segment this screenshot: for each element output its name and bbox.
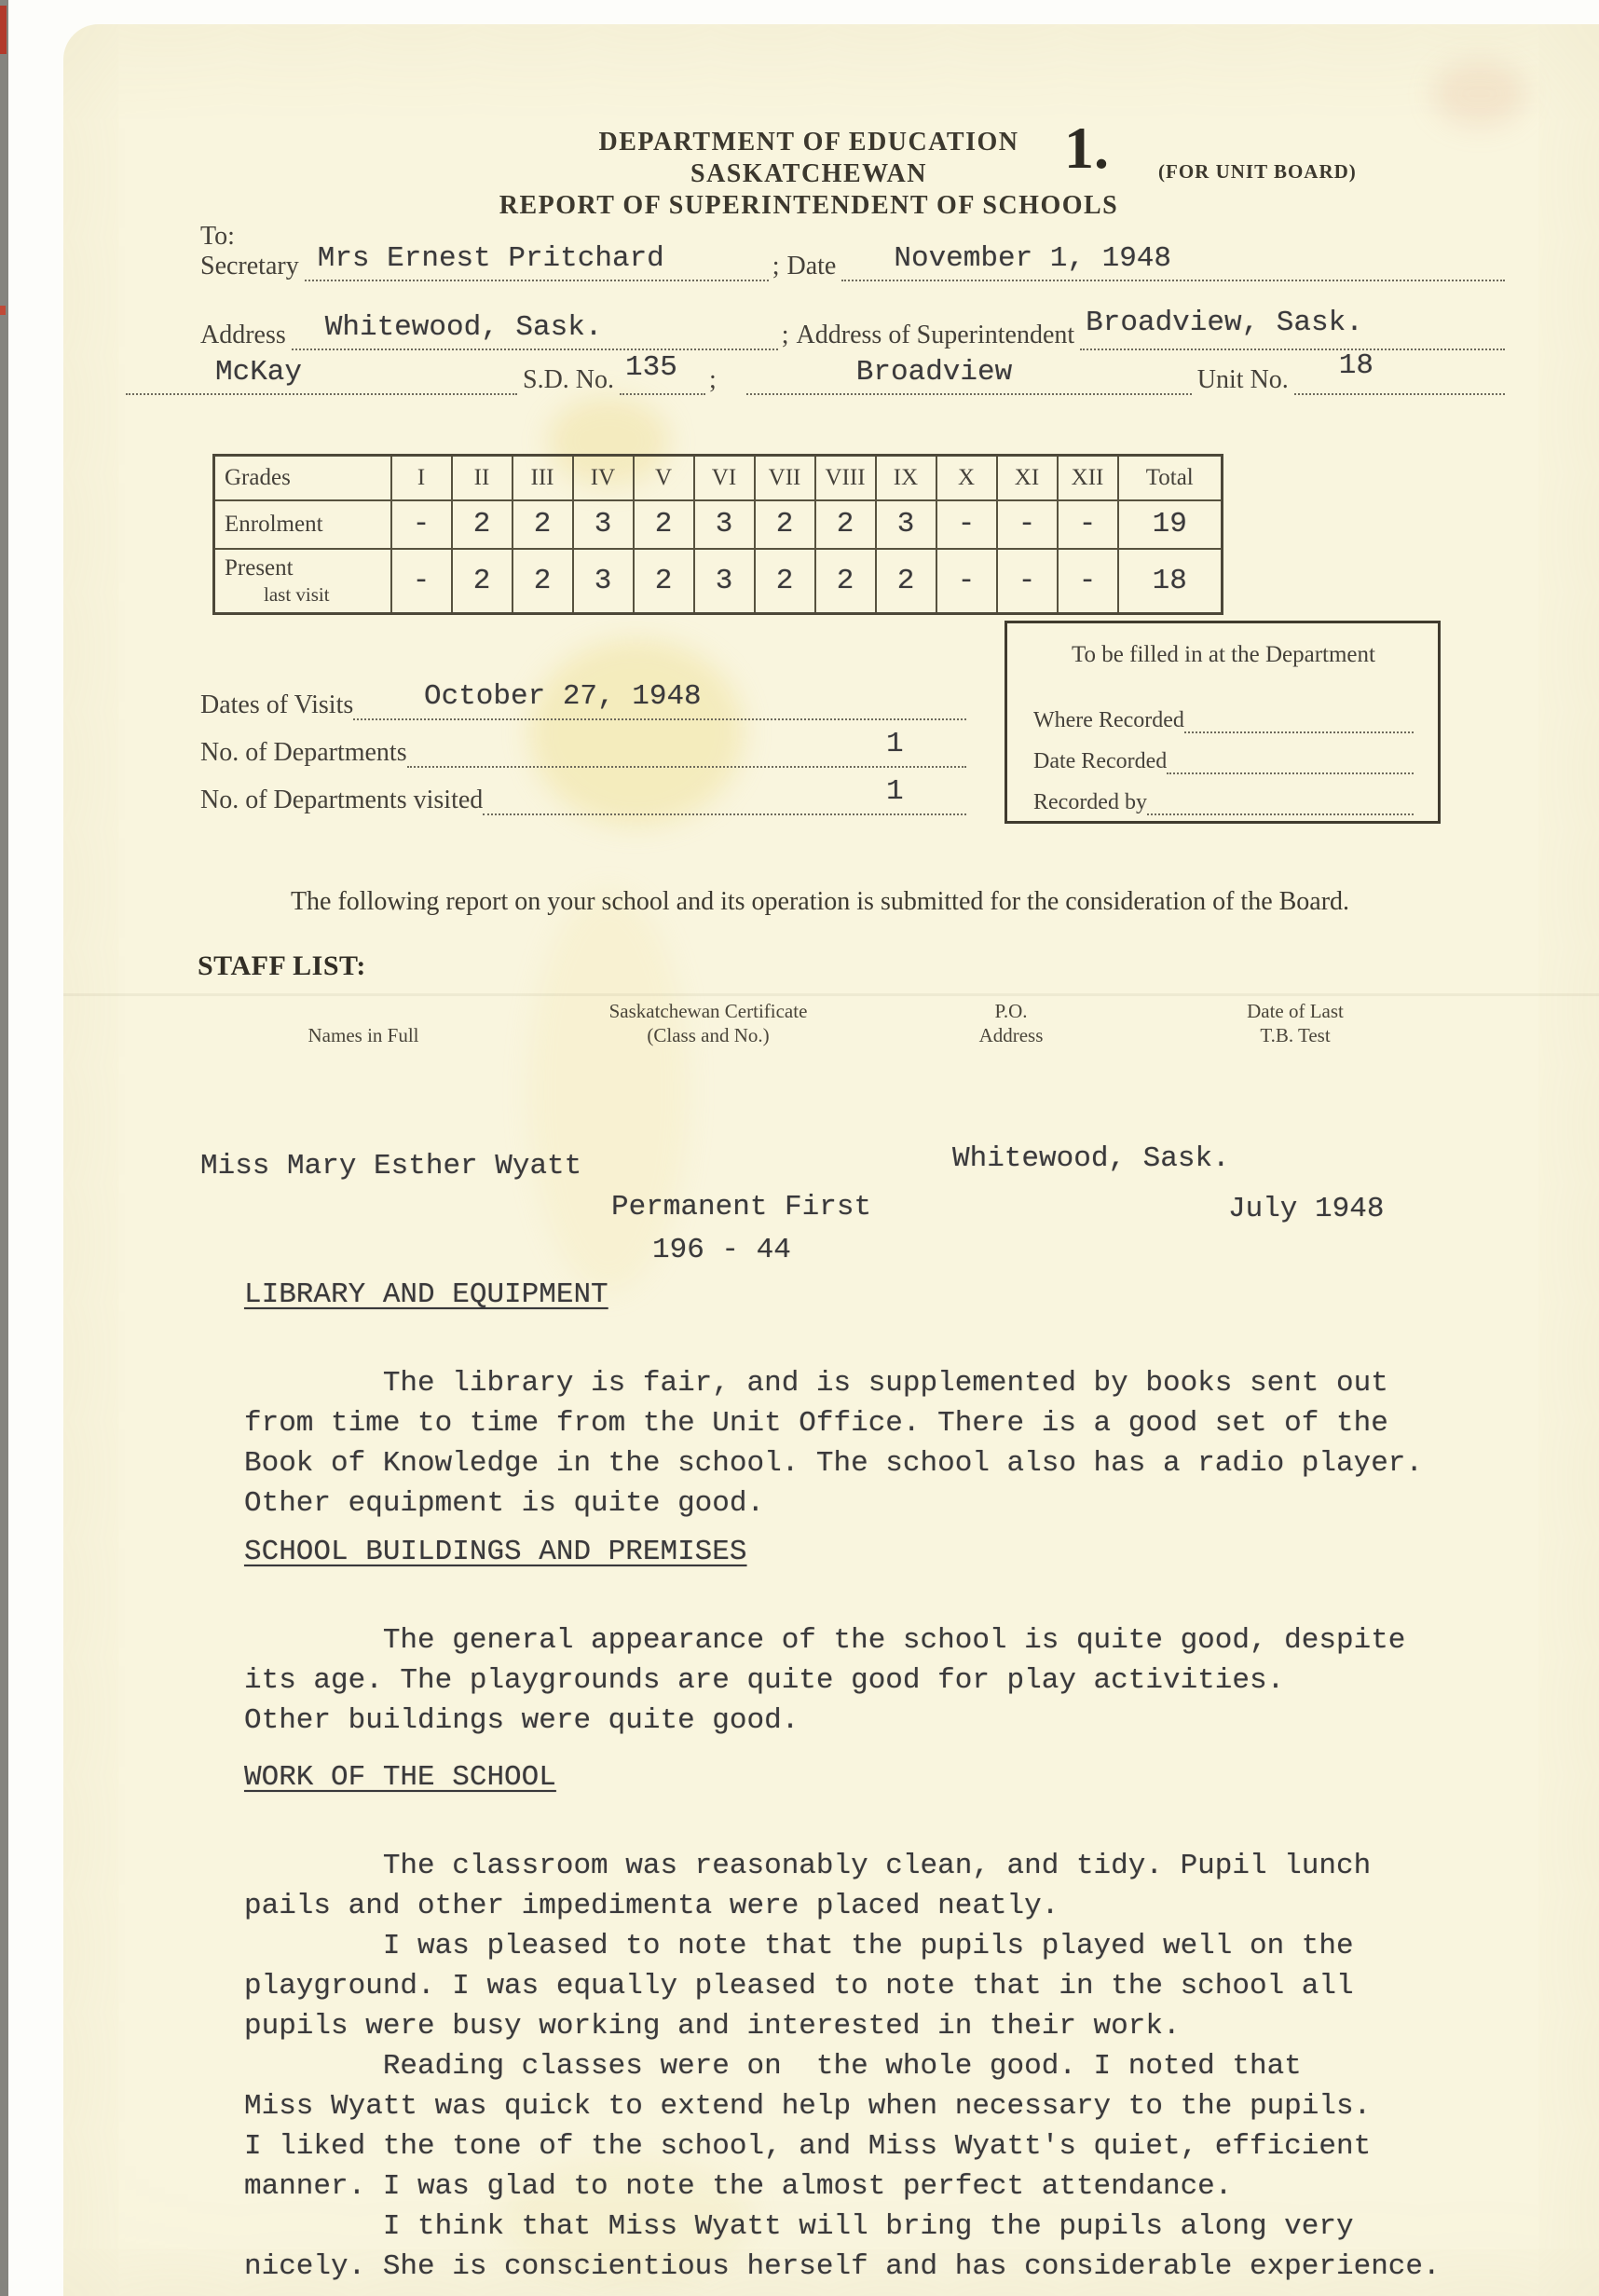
grades-col-header: Grades <box>214 456 391 500</box>
grades-cell-value: - <box>413 508 430 540</box>
where-recorded-label: Where Recorded <box>1033 708 1184 733</box>
grades-table-grid: GradesIIIIIIIVVVIVIIVIIIIXXXIXIITotalEnr… <box>212 454 1223 615</box>
grades-col-header: IX <box>876 456 936 500</box>
unit-no-field: 18 <box>1294 358 1505 395</box>
grades-col-header: I <box>391 456 452 500</box>
sd-no-label: S.D. No. <box>517 365 620 395</box>
typed-line: I liked the tone of the school, and Miss… <box>244 2126 1567 2166</box>
section-heading: WORK OF THE SCHOOL <box>244 1761 1567 1794</box>
grades-cell: 18 <box>1118 549 1223 614</box>
grades-cell: - <box>997 500 1058 549</box>
grades-cell: 2 <box>452 500 512 549</box>
date-recorded-field <box>1167 746 1414 774</box>
address-value: Whitewood, Sask. <box>325 311 603 344</box>
grades-cell-value: - <box>1079 565 1097 597</box>
secretary-value: Mrs Ernest Pritchard <box>318 242 664 275</box>
grades-row-label: Presentlast visit <box>214 549 391 614</box>
department-use-box: To be filled in at the Department Where … <box>1004 621 1441 824</box>
intro-sentence: The following report on your school and … <box>149 887 1491 917</box>
grades-cell: 2 <box>512 500 573 549</box>
scanner-edge <box>0 0 8 2296</box>
separator: ; <box>778 321 797 350</box>
col-tb-line1: Date of Last <box>1183 999 1407 1023</box>
departments-visited-label: No. of Departments visited <box>200 786 483 815</box>
school-district-name: McKay <box>215 356 302 389</box>
section-library-and-equipment: LIBRARY AND EQUIPMENT The library is fai… <box>244 1278 1567 1524</box>
col-po-line1: P.O. <box>918 999 1104 1023</box>
fold-crease <box>63 993 1599 996</box>
typed-line: nicely. She is conscientious herself and… <box>244 2247 1567 2287</box>
grades-cell: 3 <box>876 500 936 549</box>
col-cert-line1: Saskatchewan Certificate <box>550 999 867 1023</box>
dates-of-visits-row: Dates of Visits October 27, 1948 <box>200 673 966 720</box>
typed-line: I think that Miss Wyatt will bring the p… <box>244 2207 1567 2247</box>
unit-name-field: Broadview <box>746 358 1192 395</box>
col-tb-test: Date of Last T.B. Test <box>1183 999 1407 1047</box>
date-recorded-label: Date Recorded <box>1033 749 1167 774</box>
section-heading: SCHOOL BUILDINGS AND PREMISES <box>244 1536 1567 1568</box>
grades-cell: 2 <box>876 549 936 614</box>
grades-row-sublabel: last visit <box>225 583 381 607</box>
secretary-label: Secretary <box>200 252 305 281</box>
typed-line: manner. I was glad to note the almost pe… <box>244 2166 1567 2207</box>
typed-line: Book of Knowledge in the school. The sch… <box>244 1443 1567 1483</box>
grades-col-header: VII <box>755 456 815 500</box>
staff-tb-date: July 1948 <box>1228 1193 1384 1225</box>
grades-col-header: Total <box>1118 456 1223 500</box>
grades-table: GradesIIIIIIIVVVIVIIVIIIIXXXIXIITotalEnr… <box>212 454 1223 615</box>
date-value: November 1, 1948 <box>894 242 1171 275</box>
grades-col-header: IV <box>573 456 634 500</box>
departments-visited-value: 1 <box>886 775 904 808</box>
grades-cell: - <box>936 549 997 614</box>
grades-cell-value: 2 <box>897 565 915 597</box>
col-po-address: P.O. Address <box>918 999 1104 1047</box>
recorded-by-label: Recorded by <box>1033 790 1147 815</box>
grades-row-label: Enrolment <box>214 500 391 549</box>
grades-cell-value: 2 <box>655 508 673 540</box>
grades-cell: 2 <box>452 549 512 614</box>
grades-data-row: Enrolment-22323223---19 <box>214 500 1223 549</box>
staff-name: Miss Mary Esther Wyatt <box>200 1150 581 1182</box>
grades-cell-value: 3 <box>897 508 915 540</box>
grades-cell: 2 <box>815 549 876 614</box>
departments-visited-row: No. of Departments visited 1 <box>200 768 966 815</box>
red-edge-mark <box>0 306 6 315</box>
dates-of-visits-value: October 27, 1948 <box>424 680 702 713</box>
date-field: November 1, 1948 <box>841 244 1505 281</box>
grades-cell-value: 2 <box>837 508 854 540</box>
section-school-buildings-and-premises: SCHOOL BUILDINGS AND PREMISES The genera… <box>244 1536 1567 1741</box>
form-header: DEPARTMENT OF EDUCATION SASKATCHEWAN REP… <box>9 127 1599 222</box>
superintendent-address-field: Broadview, Sask. <box>1080 313 1505 350</box>
form-number: 1. <box>1064 114 1109 183</box>
school-district-name-field: McKay <box>126 358 517 395</box>
grades-cell-value: 2 <box>837 565 854 597</box>
grades-cell: - <box>391 500 452 549</box>
grades-cell: 2 <box>755 500 815 549</box>
typed-line: I was pleased to note that the pupils pl… <box>244 1926 1567 1966</box>
sd-no-field: 135 <box>620 358 705 395</box>
grades-cell: 3 <box>573 500 634 549</box>
grades-cell-value: 3 <box>594 508 612 540</box>
staff-certificate-number: 196 - 44 <box>652 1234 791 1266</box>
grades-col-header: VI <box>694 456 755 500</box>
district-unit-row: McKay S.D. No. 135 ; Broadview Unit No. … <box>126 358 1505 395</box>
dates-of-visits-label: Dates of Visits <box>200 690 353 720</box>
separator: ; <box>705 365 724 395</box>
grades-cell-value: 3 <box>594 565 612 597</box>
grades-cell: 3 <box>573 549 634 614</box>
unit-name-value: Broadview <box>856 356 1012 389</box>
grades-header-row: GradesIIIIIIIVVVIVIIVIIIIXXXIXIITotal <box>214 456 1223 500</box>
grades-col-header: XI <box>997 456 1058 500</box>
grades-cell-value: 2 <box>776 565 794 597</box>
grades-cell: 2 <box>512 549 573 614</box>
unit-no-label: Unit No. <box>1192 365 1294 395</box>
date-label: Date <box>787 252 842 281</box>
grades-cell: - <box>997 549 1058 614</box>
grades-cell: 2 <box>815 500 876 549</box>
grades-cell-value: 2 <box>473 508 491 540</box>
typed-line: Other equipment is quite good. <box>244 1483 1567 1524</box>
col-certificate: Saskatchewan Certificate (Class and No.) <box>550 999 867 1047</box>
no-of-departments-row: No. of Departments 1 <box>200 720 966 768</box>
section-heading: LIBRARY AND EQUIPMENT <box>244 1278 1567 1311</box>
typed-line: The library is fair, and is supplemented… <box>244 1363 1567 1403</box>
grades-cell: 3 <box>694 549 755 614</box>
col-cert-line2: (Class and No.) <box>550 1023 867 1047</box>
grades-cell: 2 <box>634 500 694 549</box>
grades-col-header: VIII <box>815 456 876 500</box>
grades-col-header: XII <box>1058 456 1118 500</box>
secretary-date-row: Secretary Mrs Ernest Pritchard ; Date No… <box>200 244 1505 281</box>
grades-cell-value: - <box>958 508 976 540</box>
grades-cell-value: 18 <box>1153 565 1187 597</box>
grades-cell-value: 3 <box>716 565 733 597</box>
col-names-line: Names in Full <box>242 1023 485 1047</box>
grades-cell-value: 2 <box>534 565 552 597</box>
grades-col-header: III <box>512 456 573 500</box>
typed-line: its age. The playgrounds are quite good … <box>244 1660 1567 1701</box>
grades-cell-value: - <box>1079 508 1097 540</box>
grades-cell: 2 <box>634 549 694 614</box>
superintendent-address-value: Broadview, Sask. <box>1086 307 1363 339</box>
staff-po-address: Whitewood, Sask. <box>952 1142 1230 1175</box>
province-title: SASKATCHEWAN <box>9 158 1599 190</box>
grades-cell: 2 <box>755 549 815 614</box>
col-tb-line2: T.B. Test <box>1183 1023 1407 1047</box>
no-of-departments-value: 1 <box>886 728 904 760</box>
grades-cell: - <box>1058 500 1118 549</box>
grades-cell: - <box>391 549 452 614</box>
no-of-departments-field <box>407 732 966 768</box>
grades-cell: - <box>1058 549 1118 614</box>
visits-block: Dates of Visits October 27, 1948 No. of … <box>200 673 966 815</box>
grades-cell-value: 2 <box>473 565 491 597</box>
grades-cell-value: - <box>1018 565 1036 597</box>
typed-line: from time to time from the Unit Office. … <box>244 1403 1567 1443</box>
address-row: Address Whitewood, Sask. ; Address of Su… <box>200 313 1505 350</box>
grades-cell-value: - <box>958 565 976 597</box>
typed-line: playground. I was equally pleased to not… <box>244 1966 1567 2006</box>
typed-line: The classroom was reasonably clean, and … <box>244 1846 1567 1886</box>
grades-cell-value: - <box>413 565 430 597</box>
grades-cell-value: 2 <box>655 565 673 597</box>
separator: ; <box>769 252 787 281</box>
typed-line: The general appearance of the school is … <box>244 1620 1567 1660</box>
recorded-by-field <box>1147 787 1414 815</box>
staff-list-heading: STAFF LIST: <box>198 950 366 982</box>
typed-line: pupils were busy working and interested … <box>244 2006 1567 2046</box>
superintendent-address-label: Address of Superintendent <box>797 321 1081 350</box>
grades-cell-value: 2 <box>534 508 552 540</box>
paper-stain <box>1433 61 1526 127</box>
typed-line: Reading classes were on the whole good. … <box>244 2046 1567 2086</box>
grades-cell-value: 3 <box>716 508 733 540</box>
where-recorded-field <box>1184 705 1414 733</box>
typed-line: pails and other impedimenta were placed … <box>244 1886 1567 1926</box>
recorded-by-row: Recorded by <box>1033 774 1414 815</box>
grades-col-header: II <box>452 456 512 500</box>
grades-col-header: V <box>634 456 694 500</box>
address-field: Whitewood, Sask. <box>292 313 778 350</box>
red-edge-mark <box>0 6 7 54</box>
where-recorded-row: Where Recorded <box>1033 692 1414 733</box>
form-note: (FOR UNIT BOARD) <box>1158 160 1357 184</box>
unit-no-value: 18 <box>1339 349 1373 382</box>
department-title: DEPARTMENT OF EDUCATION <box>9 127 1599 158</box>
col-names-in-full: Names in Full <box>242 1023 485 1047</box>
paper-stain <box>529 891 688 1291</box>
typed-line: Other buildings were quite good. <box>244 1701 1567 1741</box>
sd-no-value: 135 <box>625 351 677 384</box>
grades-data-row: Presentlast visit-22323222---18 <box>214 549 1223 614</box>
grades-col-header: X <box>936 456 997 500</box>
col-po-line2: Address <box>918 1023 1104 1047</box>
section-work-of-the-school: WORK OF THE SCHOOL The classroom was rea… <box>244 1761 1567 2287</box>
grades-cell-value: - <box>1018 508 1036 540</box>
department-box-title: To be filled in at the Department <box>1033 642 1414 668</box>
grades-cell: 19 <box>1118 500 1223 549</box>
scanned-report-page: DEPARTMENT OF EDUCATION SASKATCHEWAN REP… <box>0 0 1599 2296</box>
grades-cell: - <box>936 500 997 549</box>
no-of-departments-label: No. of Departments <box>200 738 407 768</box>
grades-cell-value: 19 <box>1153 508 1187 540</box>
grades-cell: 3 <box>694 500 755 549</box>
staff-certificate: Permanent First <box>611 1191 871 1223</box>
report-title: REPORT OF SUPERINTENDENT OF SCHOOLS <box>9 190 1599 222</box>
secretary-field: Mrs Ernest Pritchard <box>305 244 769 281</box>
address-label: Address <box>200 321 292 350</box>
date-recorded-row: Date Recorded <box>1033 733 1414 774</box>
typed-line: Miss Wyatt was quick to extend help when… <box>244 2086 1567 2126</box>
grades-cell-value: 2 <box>776 508 794 540</box>
